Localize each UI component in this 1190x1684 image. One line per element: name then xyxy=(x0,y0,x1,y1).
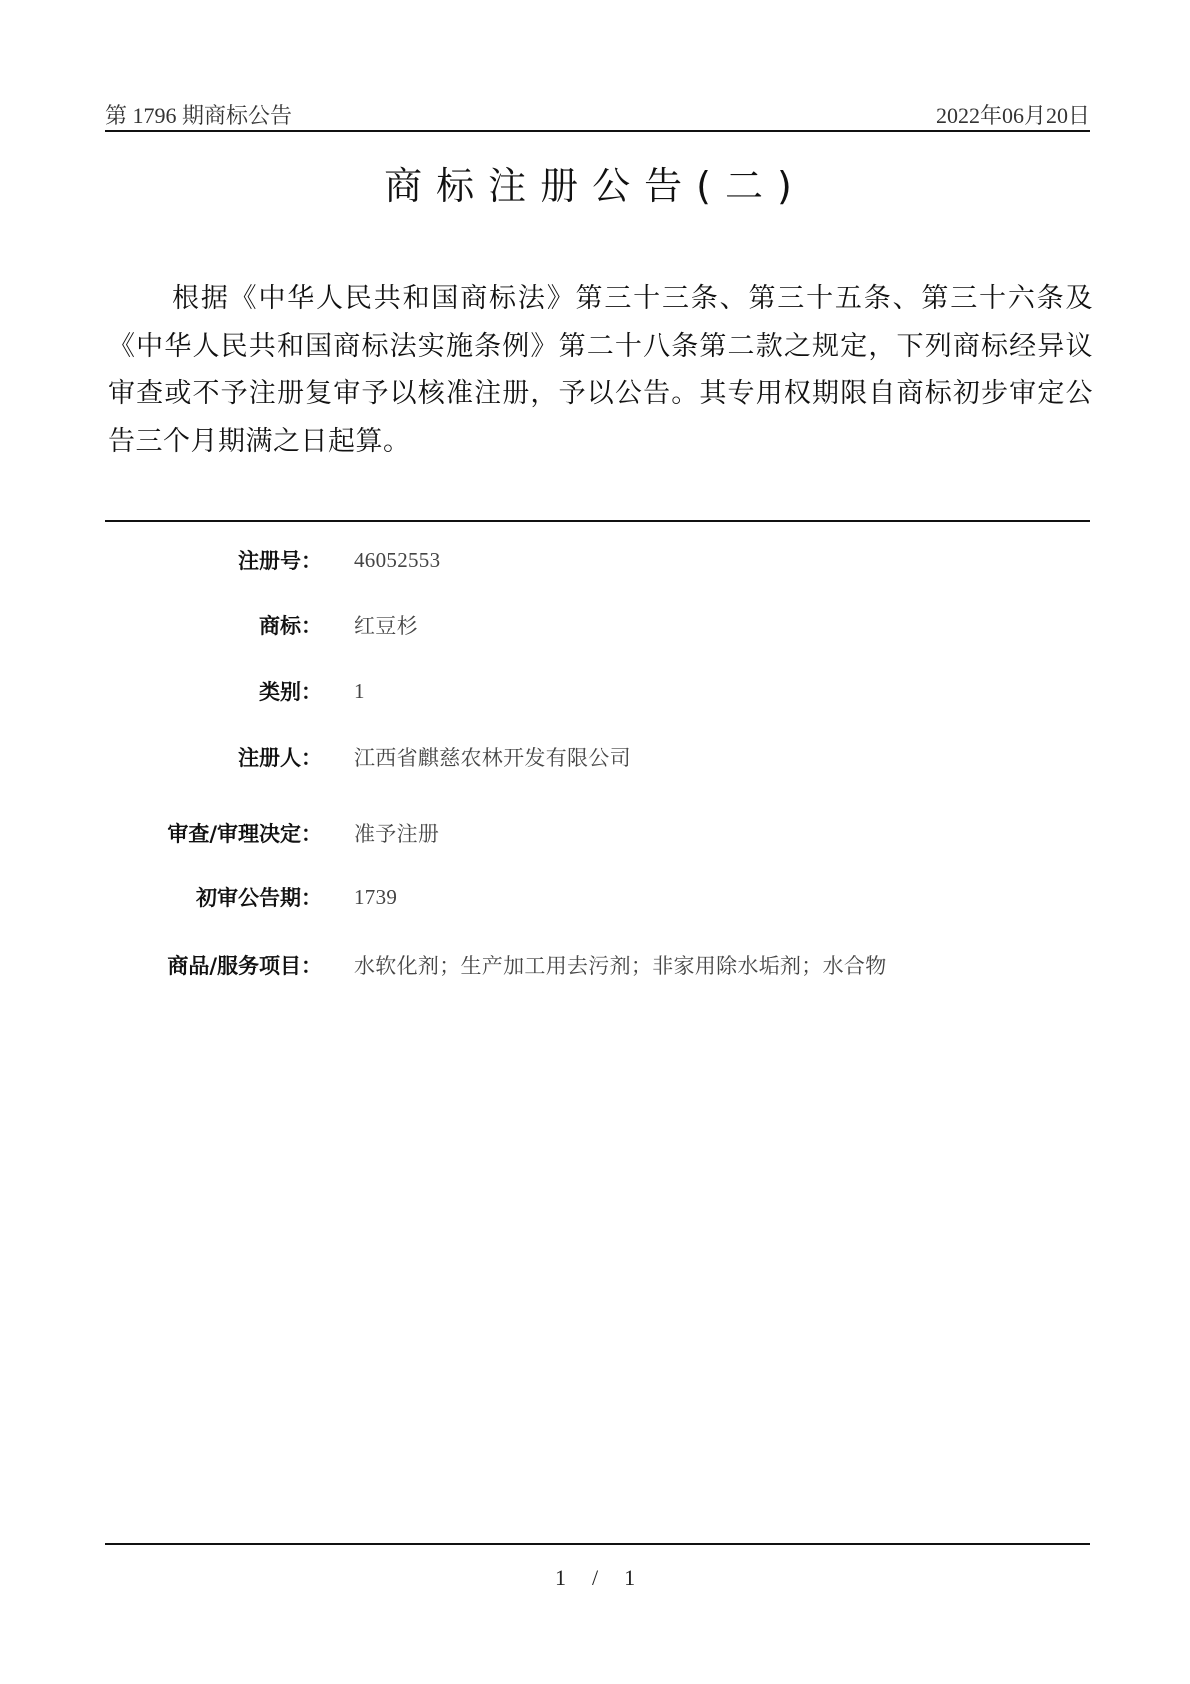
field-label: 类别： xyxy=(0,676,322,706)
field-registration-number: 注册号： 46052553 xyxy=(0,540,1190,580)
field-trademark: 商标： 红豆杉 xyxy=(0,605,1190,645)
page-number: 1/1 xyxy=(0,1565,1190,1591)
section-divider xyxy=(105,520,1090,522)
field-label: 审查/审理决定： xyxy=(0,818,322,848)
field-label: 商品/服务项目： xyxy=(0,950,322,980)
issue-number: 第 1796 期商标公告 xyxy=(105,99,292,130)
field-value: 水软化剂；生产加工用去污剂；非家用除水垢剂；水合物 xyxy=(354,950,887,980)
page-separator: / xyxy=(592,1565,598,1591)
footer-divider xyxy=(105,1543,1090,1545)
intro-paragraph: 根据《中华人民共和国商标法》第三十三条、第三十五条、第三十六条及《中华人民共和国… xyxy=(108,275,1093,465)
field-preliminary-announcement: 初审公告期： 1739 xyxy=(0,877,1190,917)
field-value: 准予注册 xyxy=(354,818,439,848)
current-page: 1 xyxy=(555,1565,566,1591)
field-value: 46052553 xyxy=(354,548,440,573)
field-value: 1739 xyxy=(354,885,397,910)
field-value: 江西省麒慈农林开发有限公司 xyxy=(354,742,631,772)
page-header: 第 1796 期商标公告 2022年06月20日 xyxy=(105,92,1090,130)
field-decision: 审查/审理决定： 准予注册 xyxy=(0,813,1190,853)
total-pages: 1 xyxy=(624,1565,635,1591)
field-label: 注册人： xyxy=(0,742,322,772)
publication-date: 2022年06月20日 xyxy=(936,99,1090,130)
field-value: 1 xyxy=(354,679,365,704)
field-label: 初审公告期： xyxy=(0,882,322,912)
header-divider xyxy=(105,130,1090,132)
field-class: 类别： 1 xyxy=(0,671,1190,711)
field-goods-services: 商品/服务项目： 水软化剂；生产加工用去污剂；非家用除水垢剂；水合物 xyxy=(0,945,1190,985)
field-label: 商标： xyxy=(0,610,322,640)
field-value: 红豆杉 xyxy=(354,610,418,640)
field-label: 注册号： xyxy=(0,545,322,575)
page-title: 商标注册公告(二) xyxy=(0,160,1190,212)
field-registrant: 注册人： 江西省麒慈农林开发有限公司 xyxy=(0,737,1190,777)
